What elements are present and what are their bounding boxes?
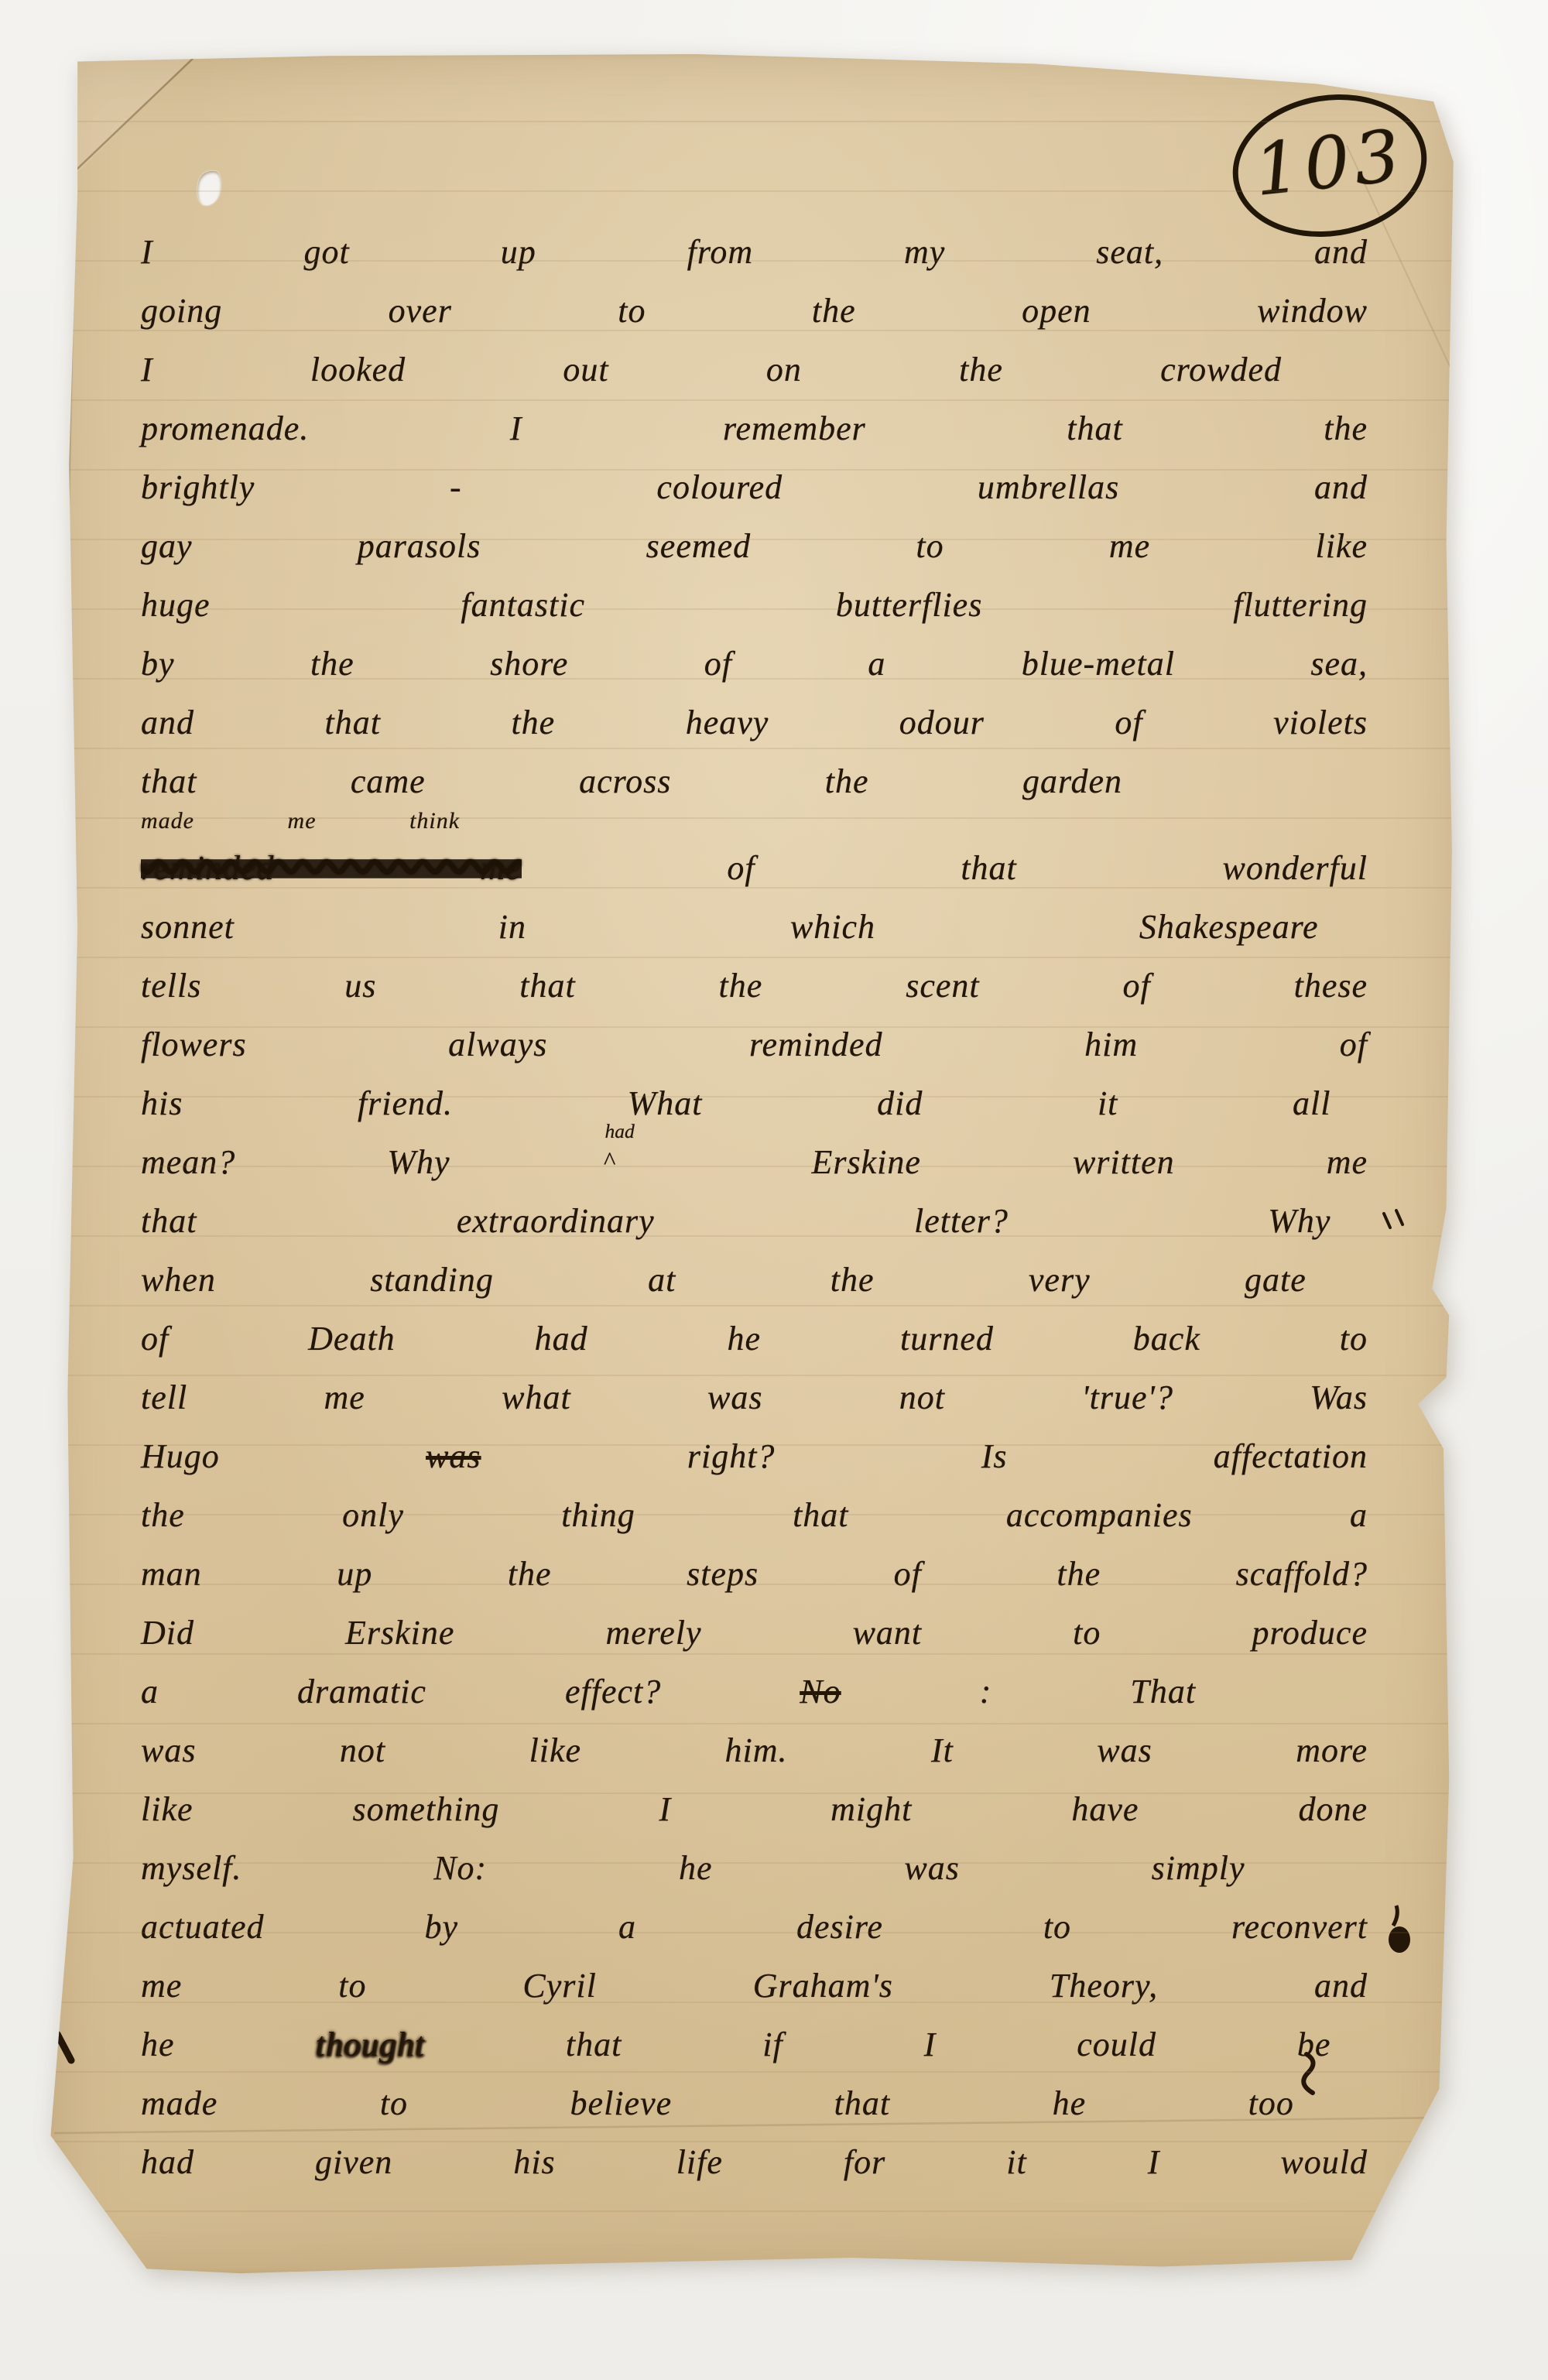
handwritten-text: he bbox=[141, 2026, 175, 2063]
manuscript-line: huge fantastic butterflies fluttering bbox=[141, 580, 1368, 639]
manuscript-line: I looked out on the crowded bbox=[141, 345, 1282, 404]
manuscript-line: a dramatic effect? No : That bbox=[141, 1667, 1196, 1726]
manuscript-line: mean? Why had^ Erskine written me bbox=[141, 1138, 1368, 1197]
handwritten-text: promenade. I remember that the bbox=[141, 409, 1368, 447]
manuscript-line: Did Erskine merely want to produce bbox=[141, 1608, 1368, 1667]
manuscript-line: promenade. I remember that the bbox=[141, 404, 1368, 463]
manuscript-line: was not like him. It was more bbox=[141, 1726, 1368, 1785]
manuscript-line: reminded me of that wonderful bbox=[141, 844, 1368, 902]
page-number-circle: 103 bbox=[1222, 80, 1437, 250]
handwritten-text: me to Cyril Graham's Theory, and bbox=[141, 1967, 1368, 2005]
handwritten-text: right? Is affectation bbox=[687, 1437, 1368, 1475]
manuscript-line: me to Cyril Graham's Theory, and bbox=[141, 1961, 1368, 2020]
stray-ink-mark bbox=[57, 2034, 71, 2060]
handwritten-text: made me think bbox=[141, 808, 460, 834]
handwritten-text: tell me what was not 'true'? Was bbox=[141, 1378, 1368, 1416]
handwritten-text: brightly - coloured umbrellas and bbox=[141, 468, 1368, 506]
struck-out-text: was bbox=[426, 1437, 481, 1475]
handwritten-text: was not like him. It was more bbox=[141, 1731, 1368, 1769]
struck-out-text: reminded me bbox=[141, 849, 522, 887]
handwritten-text: I looked out on the crowded bbox=[141, 351, 1282, 389]
handwritten-text: Erskine written me bbox=[811, 1143, 1368, 1181]
handwritten-text: that extraordinary letter? Why bbox=[141, 1202, 1331, 1240]
manuscript-line: brightly - coloured umbrellas and bbox=[141, 463, 1368, 522]
handwritten-text: that if I could be bbox=[566, 2026, 1331, 2063]
handwritten-text: had given his life for it I would bbox=[141, 2143, 1368, 2181]
manuscript-line: made to believe that he too bbox=[141, 2079, 1294, 2138]
manuscript-line: that came across the garden bbox=[141, 757, 1122, 816]
manuscript-line: myself. No: he was simply bbox=[141, 1844, 1245, 1902]
manuscript-line: that extraordinary letter? Why bbox=[141, 1197, 1331, 1255]
manuscript-line: when standing at the very gate bbox=[141, 1255, 1307, 1314]
stray-ink-mark bbox=[1384, 1211, 1402, 1228]
handwritten-text: huge fantastic butterflies fluttering bbox=[141, 586, 1368, 624]
manuscript-line: had given his life for it I would bbox=[141, 2138, 1368, 2197]
handwritten-text: tells us that the scent of these bbox=[141, 967, 1368, 1005]
manuscript-line: man up the steps of the scaffold? bbox=[141, 1550, 1368, 1608]
handwritten-text: by the shore of a blue-metal sea, bbox=[141, 645, 1368, 683]
handwritten-text: a dramatic effect? bbox=[141, 1673, 661, 1711]
manuscript-line: and that the heavy odour of violets bbox=[141, 698, 1368, 757]
handwritten-text: Hugo bbox=[141, 1437, 220, 1475]
manuscript-text: I got up from my seat, and going over to… bbox=[141, 228, 1368, 2197]
manuscript-line: he thought that if I could be bbox=[141, 2020, 1331, 2079]
blotted-text: thought bbox=[315, 2026, 424, 2063]
page-number: 103 bbox=[1251, 114, 1409, 212]
caret-insertion: had^ bbox=[602, 1146, 660, 1173]
manuscript-line: tells us that the scent of these bbox=[141, 961, 1368, 1020]
handwritten-text: going over to the open window bbox=[141, 292, 1368, 330]
manuscript-line: Hugo was right? Is affectation bbox=[141, 1432, 1368, 1491]
handwritten-text: myself. No: he was simply bbox=[141, 1849, 1245, 1887]
paper-hole bbox=[194, 168, 224, 207]
caret-mark: ^ bbox=[603, 1137, 615, 1187]
manuscript-line: tell me what was not 'true'? Was bbox=[141, 1373, 1368, 1432]
handwritten-text: sonnet in which Shakespeare bbox=[141, 908, 1319, 946]
manuscript-line: by the shore of a blue-metal sea, bbox=[141, 639, 1368, 698]
manuscript-line: actuated by a desire to reconvert bbox=[141, 1902, 1368, 1961]
manuscript-line: I got up from my seat, and bbox=[141, 228, 1368, 286]
handwritten-text: : That bbox=[980, 1673, 1196, 1711]
manuscript-line: going over to the open window bbox=[141, 286, 1368, 345]
handwritten-text: like something I might have done bbox=[141, 1790, 1368, 1828]
crease-line bbox=[76, 56, 196, 170]
manuscript-line: of Death had he turned back to bbox=[141, 1314, 1368, 1373]
handwritten-text: that came across the garden bbox=[141, 762, 1122, 800]
handwritten-text: man up the steps of the scaffold? bbox=[141, 1555, 1368, 1593]
handwritten-text: the only thing that accompanies a bbox=[141, 1496, 1368, 1534]
ink-blot bbox=[1389, 1926, 1410, 1953]
manuscript-line: his friend. What did it all bbox=[141, 1079, 1331, 1138]
struck-out-text: No bbox=[800, 1673, 841, 1711]
handwritten-text: made to believe that he too bbox=[141, 2084, 1294, 2122]
handwritten-text: and that the heavy odour of violets bbox=[141, 704, 1368, 741]
manuscript-line: sonnet in which Shakespeare bbox=[141, 902, 1319, 961]
handwritten-text: when standing at the very gate bbox=[141, 1261, 1307, 1299]
interlinear-insertion-line: made me think bbox=[141, 808, 460, 844]
handwritten-text: flowers always reminded him of bbox=[141, 1026, 1368, 1063]
handwritten-text: his friend. What did it all bbox=[141, 1084, 1331, 1122]
handwritten-text: of Death had he turned back to bbox=[141, 1320, 1368, 1358]
manuscript-line: like something I might have done bbox=[141, 1785, 1368, 1844]
manuscript-line: the only thing that accompanies a bbox=[141, 1491, 1368, 1550]
ink-blot-tail bbox=[1393, 1906, 1397, 1926]
handwritten-text: Did Erskine merely want to produce bbox=[141, 1614, 1368, 1652]
handwritten-text: I got up from my seat, and bbox=[141, 233, 1368, 271]
manuscript-line: gay parasols seemed to me like bbox=[141, 522, 1368, 580]
handwritten-text: gay parasols seemed to me like bbox=[141, 527, 1368, 565]
handwritten-text: mean? Why bbox=[141, 1143, 450, 1181]
manuscript-page: 103 I got up from my seat, and going ove… bbox=[46, 53, 1459, 2276]
handwritten-text: actuated by a desire to reconvert bbox=[141, 1908, 1368, 1946]
manuscript-line: flowers always reminded him of bbox=[141, 1020, 1368, 1079]
handwritten-text: of that wonderful bbox=[727, 849, 1368, 887]
